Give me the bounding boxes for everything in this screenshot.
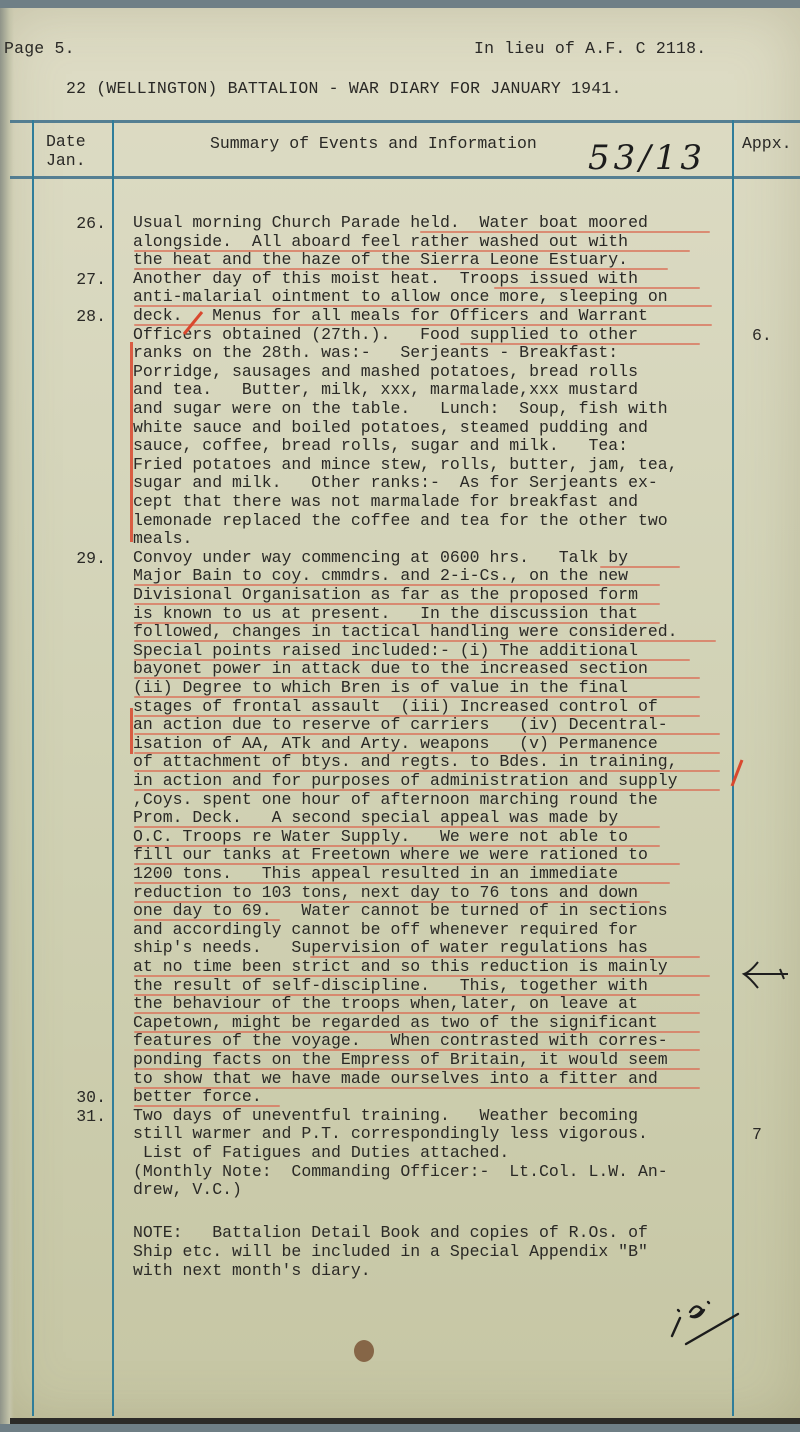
- handwritten-reference: 53/13: [588, 138, 706, 178]
- appendix-reference: 6.: [752, 326, 772, 345]
- summary-line: (ii) Degree to which Bren is of value in…: [133, 679, 628, 698]
- summary-line: cept that there was not marmalade for br…: [133, 493, 638, 512]
- summary-line: reduction to 103 tons, next day to 76 to…: [133, 884, 638, 903]
- date-header: Date Jan.: [46, 132, 86, 170]
- red-tick-mark: [180, 308, 210, 338]
- summary-line: Capetown, might be regarded as two of th…: [133, 1014, 658, 1033]
- summary-line: still warmer and P.T. correspondingly le…: [133, 1125, 648, 1144]
- red-margin-mark: [130, 708, 133, 754]
- summary-line: List of Fatigues and Duties attached.: [133, 1144, 509, 1163]
- summary-line: the behaviour of the troops when,later, …: [133, 995, 638, 1014]
- summary-line: followed, changes in tactical handling w…: [133, 623, 678, 642]
- summary-line: sugar and milk. Other ranks:- As for Ser…: [133, 474, 658, 493]
- diary-page: Page 5. In lieu of A.F. C 2118. 22 (WELL…: [0, 8, 800, 1424]
- summary-line: in action and for purposes of administra…: [133, 772, 678, 791]
- summary-line: drew, V.C.): [133, 1181, 242, 1200]
- page-bottom-edge: [10, 1418, 800, 1424]
- summary-line: Another day of this moist heat. Troops i…: [133, 270, 638, 289]
- summary-line: Two days of uneventful training. Weather…: [133, 1107, 638, 1126]
- red-tick-mark: [728, 756, 748, 790]
- date-entry: 26.: [66, 214, 106, 233]
- summary-line: anti-malarial ointment to allow once mor…: [133, 288, 668, 307]
- handwritten-initials: [668, 1288, 748, 1348]
- summary-line: ,Coys. spent one hour of afternoon march…: [133, 791, 658, 810]
- page-label: Page 5.: [4, 40, 75, 59]
- summary-line: fill our tanks at Freetown where we were…: [133, 846, 648, 865]
- summary-line: Porridge, sausages and mashed potatoes, …: [133, 363, 638, 382]
- summary-line: ship's needs. Supervision of water regul…: [133, 939, 648, 958]
- form-reference: In lieu of A.F. C 2118.: [474, 40, 706, 59]
- date-entry: 29.: [66, 549, 106, 568]
- diary-title: 22 (WELLINGTON) BATTALION - WAR DIARY FO…: [66, 80, 622, 99]
- summary-line: bayonet power in attack due to the incre…: [133, 660, 648, 679]
- appendix-reference: 7: [752, 1125, 762, 1144]
- summary-line: isation of AA, ATk and Arty. weapons (v)…: [133, 735, 658, 754]
- summary-line: of attachment of btys. and regts. to Bde…: [133, 753, 678, 772]
- date-column-rule: [112, 120, 114, 1416]
- summary-line: is known to us at present. In the discus…: [133, 605, 638, 624]
- summary-line: features of the voyage. When contrasted …: [133, 1032, 668, 1051]
- summary-line: meals.: [133, 530, 192, 549]
- table-top-rule: [10, 120, 800, 123]
- red-margin-mark: [130, 342, 133, 542]
- summary-line: white sauce and boiled potatoes, steamed…: [133, 419, 648, 438]
- summary-line: ponding facts on the Empress of Britain,…: [133, 1051, 668, 1070]
- summary-line: Major Bain to coy. cmmdrs. and 2-i-Cs., …: [133, 567, 628, 586]
- summary-line: sauce, coffee, bread rolls, sugar and mi…: [133, 437, 628, 456]
- summary-line: alongside. All aboard feel rather washed…: [133, 233, 628, 252]
- date-entry: 28.: [66, 307, 106, 326]
- summary-line: and tea. Butter, milk, xxx, marmalade,xx…: [133, 381, 638, 400]
- summary-line: Ship etc. will be included in a Special …: [133, 1243, 648, 1262]
- summary-line: and sugar were on the table. Lunch: Soup…: [133, 400, 668, 419]
- summary-line: one day to 69. Water cannot be turned of…: [133, 902, 668, 921]
- summary-line: deck. Menus for all meals for Officers a…: [133, 307, 648, 326]
- summary-line: and accordingly cannot be off whenever r…: [133, 921, 638, 940]
- summary-line: Prom. Deck. A second special appeal was …: [133, 809, 618, 828]
- summary-line: the heat and the haze of the Sierra Leon…: [133, 251, 628, 270]
- summary-line: 1200 tons. This appeal resulted in an im…: [133, 865, 618, 884]
- summary-line: Usual morning Church Parade held. Water …: [133, 214, 648, 233]
- binding-edge: [0, 8, 14, 1424]
- summary-line: an action due to reserve of carriers (iv…: [133, 716, 668, 735]
- summary-line: Fried potatoes and mince stew, rolls, bu…: [133, 456, 678, 475]
- date-entry: 30.: [66, 1088, 106, 1107]
- summary-line: Divisional Organisation as far as the pr…: [133, 586, 638, 605]
- summary-line: with next month's diary.: [133, 1262, 371, 1281]
- left-arrow-icon: [740, 960, 790, 990]
- summary-header: Summary of Events and Information: [210, 134, 537, 153]
- summary-line: (Monthly Note: Commanding Officer:- Lt.C…: [133, 1163, 668, 1182]
- summary-line: to show that we have made ourselves into…: [133, 1070, 658, 1089]
- summary-line: NOTE: Battalion Detail Book and copies o…: [133, 1224, 648, 1243]
- stain-mark: [354, 1340, 374, 1362]
- summary-line: Convoy under way commencing at 0600 hrs.…: [133, 549, 628, 568]
- margin-rule: [32, 120, 34, 1416]
- summary-line: better force.: [133, 1088, 262, 1107]
- summary-line: Special points raised included:- (i) The…: [133, 642, 638, 661]
- summary-line: stages of frontal assault (iii) Increase…: [133, 698, 658, 717]
- appendix-header: Appx.: [742, 134, 792, 153]
- summary-line: at no time been strict and so this reduc…: [133, 958, 668, 977]
- summary-line: O.C. Troops re Water Supply. We were not…: [133, 828, 628, 847]
- date-entry: 27.: [66, 270, 106, 289]
- date-entry: 31.: [66, 1107, 106, 1126]
- summary-line: ranks on the 28th. was:- Serjeants - Bre…: [133, 344, 618, 363]
- summary-line: lemonade replaced the coffee and tea for…: [133, 512, 668, 531]
- summary-line: the result of self-discipline. This, tog…: [133, 977, 648, 996]
